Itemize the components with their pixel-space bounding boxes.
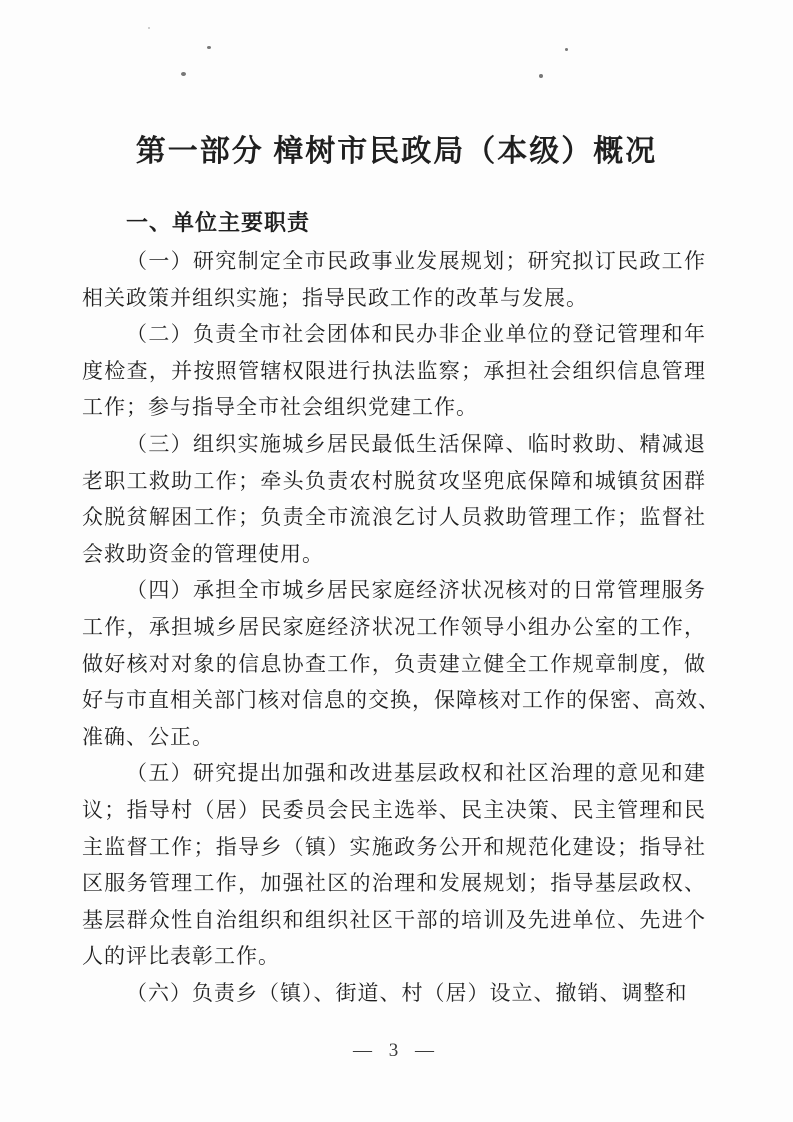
page-title: 第一部分 樟树市民政局（本级）概况 (0, 126, 793, 170)
paragraph-4-line-2: 工作，承担城乡居民家庭经济状况工作领导小组办公室的工作， (82, 609, 706, 646)
paragraph-3-line-2: 老职工救助工作；牵头负责农村脱贫攻坚兜底保障和城镇贫困群 (82, 463, 706, 500)
scan-speck (565, 48, 568, 51)
paragraph-5-line-1: （五）研究提出加强和改进基层政权和社区治理的意见和建 (82, 755, 706, 792)
paragraph-1-line-2: 相关政策并组织实施；指导民政工作的改革与发展。 (82, 280, 706, 317)
paragraph-5-line-4: 区服务管理工作，加强社区的治理和发展规划；指导基层政权、 (82, 865, 706, 902)
paragraph-2-line-1: （二）负责全市社会团体和民办非企业单位的登记管理和年 (82, 316, 706, 353)
paragraph-4-line-5: 准确、公正。 (82, 719, 706, 756)
paragraph-1-line-1: （一）研究制定全市民政事业发展规划；研究拟订民政工作 (82, 243, 706, 280)
paragraph-5-line-5: 基层群众性自治组织和组织社区干部的培训及先进单位、先进个 (82, 902, 706, 939)
page-number: — 3 — (0, 1040, 793, 1062)
paragraph-3-line-4: 会救助资金的管理使用。 (82, 536, 706, 573)
paragraph-5-line-3: 主监督工作；指导乡（镇）实施政务公开和规范化建设；指导社 (82, 829, 706, 866)
paragraph-4-line-4: 好与市直相关部门核对信息的交换，保障核对工作的保密、高效、 (82, 682, 706, 719)
scan-speck (539, 74, 543, 78)
paragraph-2-line-3: 工作；参与指导全市社会组织党建工作。 (82, 389, 706, 426)
paragraph-4-line-3: 做好核对对象的信息协查工作，负责建立健全工作规章制度，做 (82, 646, 706, 683)
scan-speck (148, 27, 150, 29)
section-heading: 一、单位主要职责 (126, 206, 310, 237)
paragraph-5-line-6: 人的评比表彰工作。 (82, 938, 706, 975)
paragraph-3-line-3: 众脱贫解困工作；负责全市流浪乞讨人员救助管理工作；监督社 (82, 499, 706, 536)
paragraph-3-line-1: （三）组织实施城乡居民最低生活保障、临时救助、精减退 (82, 426, 706, 463)
document-page: 第一部分 樟树市民政局（本级）概况 一、单位主要职责 （一）研究制定全市民政事业… (0, 0, 793, 1122)
scan-speck (207, 46, 211, 49)
paragraph-2-line-2: 度检查，并按照管辖权限进行执法监察；承担社会组织信息管理 (82, 353, 706, 390)
document-body: （一）研究制定全市民政事业发展规划；研究拟订民政工作相关政策并组织实施；指导民政… (82, 243, 706, 1011)
paragraph-6-line-1: （六）负责乡（镇）、街道、村（居）设立、撤销、调整和 (82, 975, 706, 1012)
scan-speck (181, 72, 186, 76)
paragraph-4-line-1: （四）承担全市城乡居民家庭经济状况核对的日常管理服务 (82, 572, 706, 609)
paragraph-5-line-2: 议；指导村（居）民委员会民主选举、民主决策、民主管理和民 (82, 792, 706, 829)
